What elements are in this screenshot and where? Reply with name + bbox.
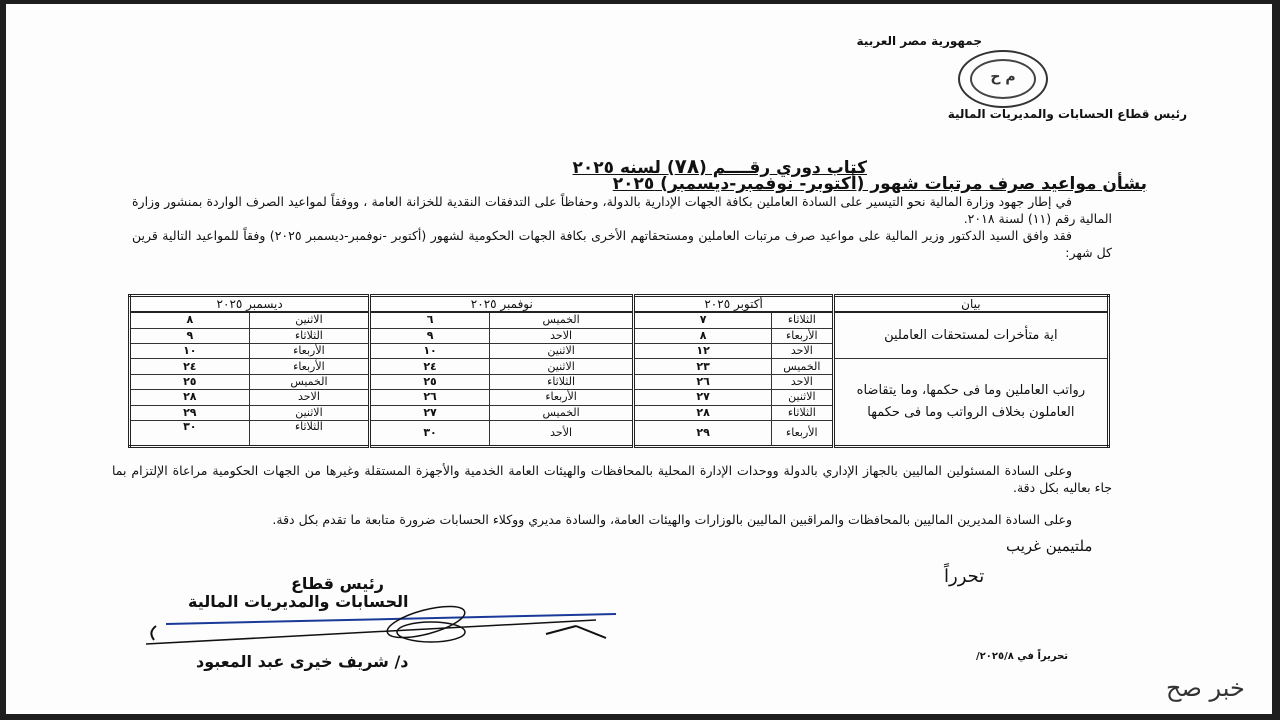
dec-day: الثلاثاء bbox=[249, 328, 370, 343]
oct-day: الخميس bbox=[771, 359, 833, 374]
header-sector: رئيس قطاع الحسابات والمديريات المالية bbox=[948, 107, 1187, 121]
oct-day: الثلاثاء bbox=[771, 405, 833, 420]
nov-date: ٦ bbox=[370, 312, 490, 328]
print-date: تحريراً في ٢٠٢٥/٨/ bbox=[976, 651, 1068, 662]
header-november: نوفمبر ٢٠٢٥ bbox=[370, 296, 634, 313]
nov-date: ٢٤ bbox=[370, 359, 490, 374]
oct-day: الاحد bbox=[771, 374, 833, 389]
closing-paragraph-2: وعلى السادة المديرين الماليين بالمحافظات… bbox=[112, 511, 1112, 528]
dec-day: الأربعاء bbox=[249, 359, 370, 374]
circular-subject: بشأن مواعيد صرف مرتبات شهور (أكتوبر- نوف… bbox=[613, 174, 1147, 194]
nov-day: الاحد bbox=[489, 328, 634, 343]
header-statement: بيان bbox=[833, 296, 1108, 313]
nov-day: الاثنين bbox=[489, 343, 634, 358]
nov-day: الخميس bbox=[489, 312, 634, 328]
handwritten-note: ملتيمين غريب bbox=[1006, 537, 1092, 555]
seal-inner-ring: م ح bbox=[970, 59, 1036, 99]
dec-date: ٢٤ bbox=[130, 359, 250, 374]
nov-date: ٣٠ bbox=[370, 421, 490, 447]
signatory-title-line-1: رئيس قطاع bbox=[291, 574, 384, 593]
dec-day: الاثنين bbox=[249, 312, 370, 328]
table-row: اية متأخرات لمستحقات العاملين الثلاثاء ٧… bbox=[130, 312, 1109, 328]
dec-date: ١٠ bbox=[130, 343, 250, 358]
nov-day: الأحد bbox=[489, 421, 634, 447]
nov-day: الثلاثاء bbox=[489, 374, 634, 389]
intro-paragraph: في إطار جهود وزارة المالية نحو التيسير ع… bbox=[132, 193, 1112, 261]
watermark-logo: خبر صح bbox=[1166, 674, 1245, 702]
table-header-row: بيان أكتوبر ٢٠٢٥ نوفمبر ٢٠٢٥ ديسمبر ٢٠٢٥ bbox=[130, 296, 1109, 313]
oct-date: ٨ bbox=[634, 328, 771, 343]
seal-mark: م ح bbox=[972, 69, 1034, 85]
oct-day: الأربعاء bbox=[771, 328, 833, 343]
header-october: أكتوبر ٢٠٢٥ bbox=[634, 296, 833, 313]
nov-date: ١٠ bbox=[370, 343, 490, 358]
dec-date: ٢٩ bbox=[130, 405, 250, 420]
oct-day: الأربعاء bbox=[771, 421, 833, 447]
intro-line-2: فقد وافق السيد الدكتور وزير المالية على … bbox=[132, 227, 1112, 261]
dec-date: ٨ bbox=[130, 312, 250, 328]
header-country: جمهورية مصر العربية bbox=[857, 34, 982, 48]
nov-date: ٢٦ bbox=[370, 390, 490, 405]
intro-line-1: في إطار جهود وزارة المالية نحو التيسير ع… bbox=[132, 193, 1112, 227]
dec-day: الخميس bbox=[249, 374, 370, 389]
oct-date: ٢٩ bbox=[634, 421, 771, 447]
oct-date: ٢٧ bbox=[634, 390, 771, 405]
group-label-arrears: اية متأخرات لمستحقات العاملين bbox=[833, 312, 1108, 359]
nov-date: ٢٥ bbox=[370, 374, 490, 389]
oct-date: ٢٣ bbox=[634, 359, 771, 374]
group-label-salaries: رواتب العاملين وما فى حكمها، وما يتقاضاه… bbox=[833, 359, 1108, 447]
oct-date: ٢٦ bbox=[634, 374, 771, 389]
nov-day: الأربعاء bbox=[489, 390, 634, 405]
nov-day: الاثنين bbox=[489, 359, 634, 374]
oct-day: الاثنين bbox=[771, 390, 833, 405]
dec-day: الاثنين bbox=[249, 405, 370, 420]
oct-date: ٧ bbox=[634, 312, 771, 328]
dec-day: الأربعاء bbox=[249, 343, 370, 358]
signatory-name: د/ شريف خيرى عبد المعبود bbox=[196, 652, 409, 671]
nov-day: الخميس bbox=[489, 405, 634, 420]
dec-date: ٣٠ bbox=[130, 421, 250, 447]
ministry-seal-icon: م ح bbox=[958, 50, 1048, 108]
table-row: رواتب العاملين وما فى حكمها، وما يتقاضاه… bbox=[130, 359, 1109, 374]
oct-date: ٢٨ bbox=[634, 405, 771, 420]
dec-date: ٢٨ bbox=[130, 390, 250, 405]
dec-date: ٩ bbox=[130, 328, 250, 343]
dec-day: الثلاثاء bbox=[249, 421, 370, 447]
handwritten-initials: تحرراً bbox=[944, 566, 984, 587]
nov-date: ٢٧ bbox=[370, 405, 490, 420]
dec-day: الاحد bbox=[249, 390, 370, 405]
oct-day: الاحد bbox=[771, 343, 833, 358]
oct-date: ١٢ bbox=[634, 343, 771, 358]
oct-day: الثلاثاء bbox=[771, 312, 833, 328]
closing-paragraph-1: وعلى السادة المسئولين الماليين بالجهاز ا… bbox=[112, 462, 1112, 496]
nov-date: ٩ bbox=[370, 328, 490, 343]
dec-date: ٢٥ bbox=[130, 374, 250, 389]
salary-schedule-table: بيان أكتوبر ٢٠٢٥ نوفمبر ٢٠٢٥ ديسمبر ٢٠٢٥… bbox=[128, 294, 1110, 448]
document-page: جمهورية مصر العربية م ح رئيس قطاع الحساب… bbox=[6, 4, 1272, 714]
header-december: ديسمبر ٢٠٢٥ bbox=[130, 296, 370, 313]
